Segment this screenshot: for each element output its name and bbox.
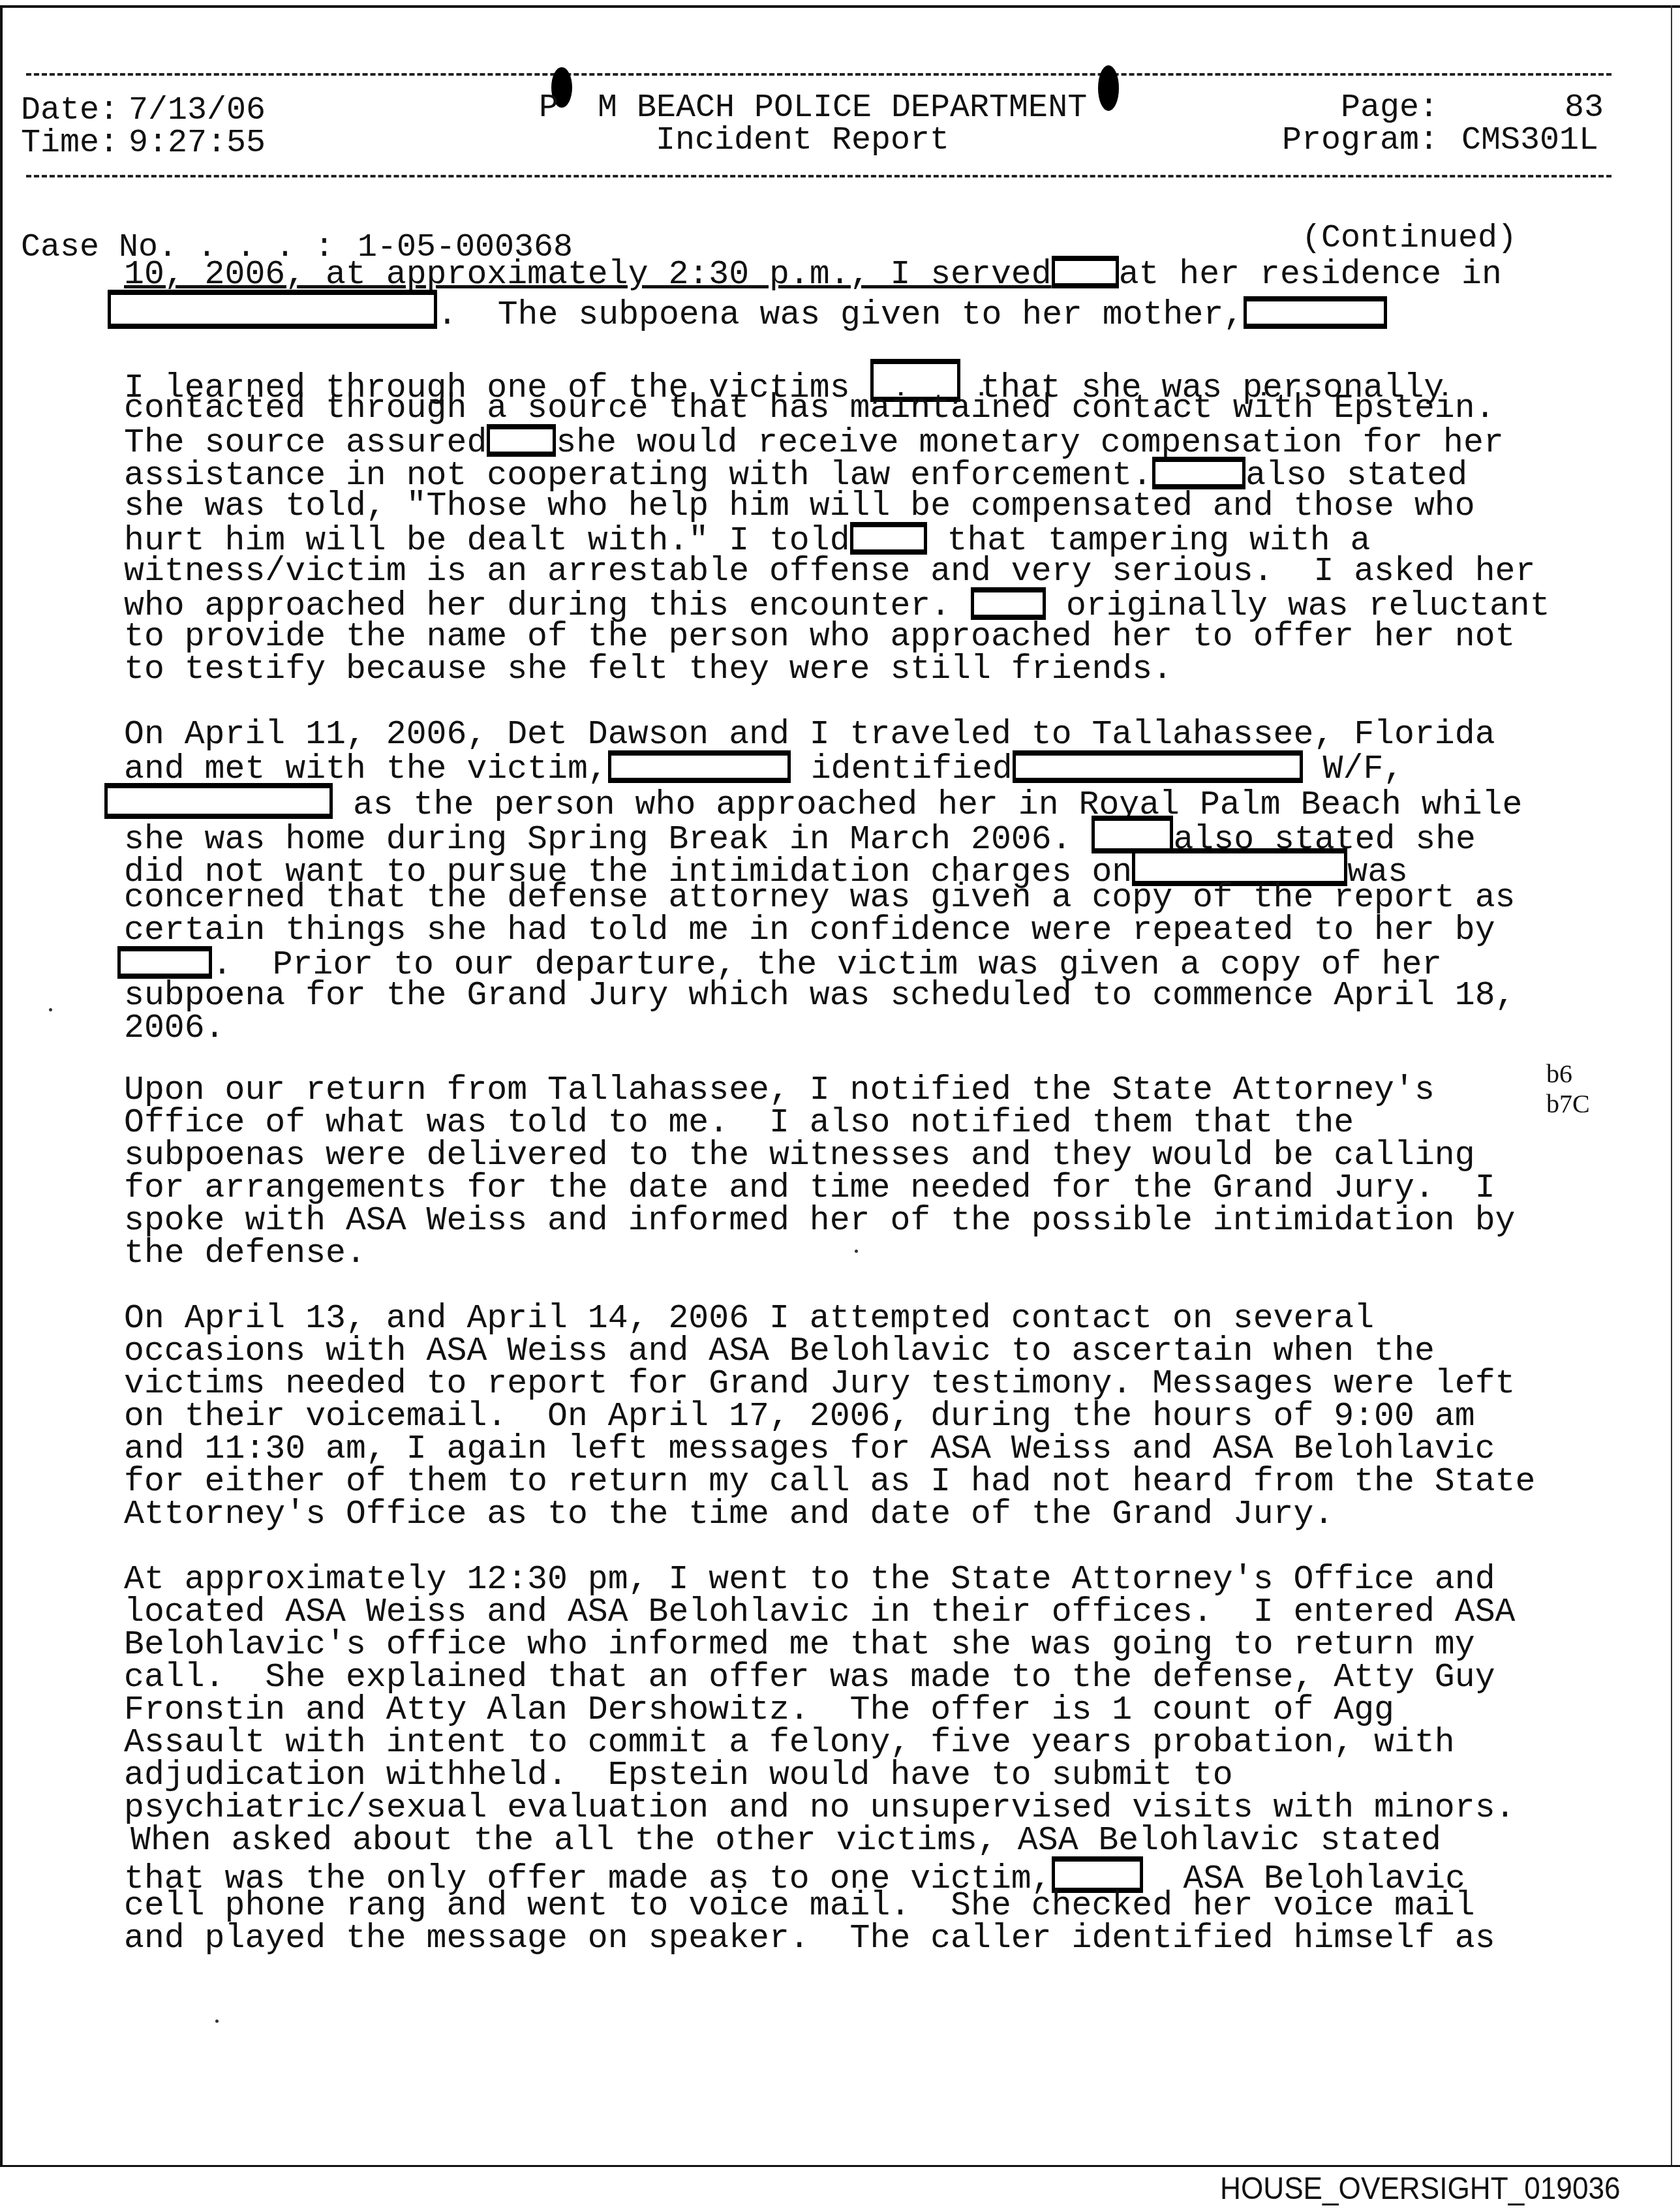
- body-line: contacted through a source that has main…: [124, 392, 1495, 425]
- body-line: she was told, "Those who help him will b…: [124, 489, 1475, 523]
- body-line: Office of what was told to me. I also no…: [124, 1106, 1354, 1140]
- text-segment: . The subpoena was given to her mother,: [437, 296, 1244, 334]
- body-line: subpoenas were delivered to the witnesse…: [124, 1139, 1475, 1173]
- date-label: Date:: [21, 94, 119, 128]
- body-line: On April 13, and April 14, 2006 I attemp…: [124, 1302, 1374, 1336]
- page-number: 83: [1565, 91, 1604, 125]
- program-code: CMS301L: [1461, 124, 1598, 158]
- body-line: to provide the name of the person who ap…: [124, 620, 1515, 654]
- body-line: for either of them to return my call as …: [124, 1465, 1535, 1499]
- body-line: concerned that the defense attorney was …: [124, 881, 1515, 915]
- body-line: and played the message on speaker. The c…: [124, 1922, 1495, 1956]
- body-line: spoke with ASA Weiss and informed her of…: [124, 1204, 1515, 1238]
- header-top-rule: [26, 73, 1611, 76]
- body-line: for arrangements for the date and time n…: [124, 1171, 1495, 1205]
- page-border-top: [0, 5, 1680, 8]
- body-line: call. She explained that an offer was ma…: [124, 1661, 1495, 1695]
- department-name: P M BEACH POLICE DEPARTMENT: [539, 91, 1087, 125]
- scan-speck: [49, 1008, 52, 1011]
- body-line: On April 11, 2006, Det Dawson and I trav…: [124, 718, 1495, 752]
- page-label: Page:: [1341, 91, 1439, 125]
- report-type: Incident Report: [656, 124, 949, 158]
- body-line: Assault with intent to commit a felony, …: [124, 1726, 1455, 1760]
- date-value: 7/13/06: [129, 94, 266, 128]
- body-line: . The subpoena was given to her mother,: [108, 290, 1387, 332]
- body-line: the defense.: [124, 1237, 366, 1270]
- exemption-code-b7c: b7C: [1546, 1088, 1590, 1120]
- body-line: The source assuredshe would receive mone…: [124, 424, 1504, 460]
- body-line: When asked about the all the other victi…: [130, 1824, 1441, 1858]
- redaction-box: [487, 424, 556, 457]
- body-line: Upon our return from Tallahassee, I noti…: [124, 1073, 1435, 1107]
- scan-speck: [855, 1250, 858, 1253]
- body-line: on their voicemail. On April 17, 2006, d…: [124, 1400, 1475, 1434]
- redaction-box: [971, 587, 1046, 620]
- redaction-box: [1052, 256, 1119, 288]
- body-line: subpoena for the Grand Jury which was sc…: [124, 979, 1515, 1013]
- redaction-box: [1244, 296, 1387, 329]
- time-label: Time:: [21, 127, 119, 161]
- redaction-box: [108, 290, 437, 329]
- redaction-box: [117, 946, 212, 979]
- punch-hole-right: [1098, 65, 1119, 111]
- bates-number: HOUSE_OVERSIGHT_019036: [1220, 2170, 1621, 2209]
- page-border-bottom: [0, 2165, 1680, 2167]
- body-line: Attorney's Office as to the time and dat…: [124, 1498, 1334, 1531]
- scan-speck: [215, 2020, 219, 2023]
- body-line: witness/victim is an arrestable offense …: [124, 555, 1535, 589]
- redaction-box: [608, 750, 791, 783]
- body-line: occasions with ASA Weiss and ASA Belohla…: [124, 1334, 1435, 1368]
- program-label: Program:: [1282, 124, 1439, 158]
- redaction-box: [1013, 750, 1303, 783]
- body-line: certain things she had told me in confid…: [124, 914, 1495, 947]
- body-line: Fronstin and Atty Alan Dershowitz. The o…: [124, 1693, 1394, 1727]
- body-line: and 11:30 am, I again left messages for …: [124, 1432, 1495, 1466]
- body-line: adjudication withheld. Epstein would hav…: [124, 1759, 1233, 1792]
- body-line: At approximately 12:30 pm, I went to the…: [124, 1563, 1495, 1597]
- redaction-box: [1152, 457, 1245, 489]
- body-line: 2006.: [124, 1011, 225, 1045]
- body-line: 10, 2006, at approximately 2:30 p.m., I …: [124, 256, 1502, 292]
- redaction-box: [104, 783, 333, 819]
- text-segment: 10, 2006, at approximately 2:30 p.m., I …: [124, 256, 1052, 294]
- body-line: cell phone rang and went to voice mail. …: [124, 1889, 1475, 1923]
- body-line: and met with the victim, identified W/F,: [124, 750, 1403, 786]
- body-line: to testify because she felt they were st…: [124, 653, 1172, 686]
- body-line: victims needed to report for Grand Jury …: [124, 1367, 1515, 1401]
- redaction-box: [850, 522, 927, 555]
- body-line: psychiatric/sexual evaluation and no uns…: [124, 1791, 1515, 1825]
- page-border-left: [0, 5, 3, 2165]
- body-line: Belohlavic's office who informed me that…: [124, 1628, 1475, 1662]
- continued-label: (Continued): [1302, 222, 1517, 256]
- time-value: 9:27:55: [129, 127, 266, 161]
- page-border-right: [1671, 5, 1672, 2165]
- header-bottom-rule: [26, 175, 1611, 177]
- exemption-code-b6: b6: [1546, 1058, 1572, 1090]
- text-segment: at her residence in: [1119, 256, 1502, 294]
- body-line: located ASA Weiss and ASA Belohlavic in …: [124, 1595, 1515, 1629]
